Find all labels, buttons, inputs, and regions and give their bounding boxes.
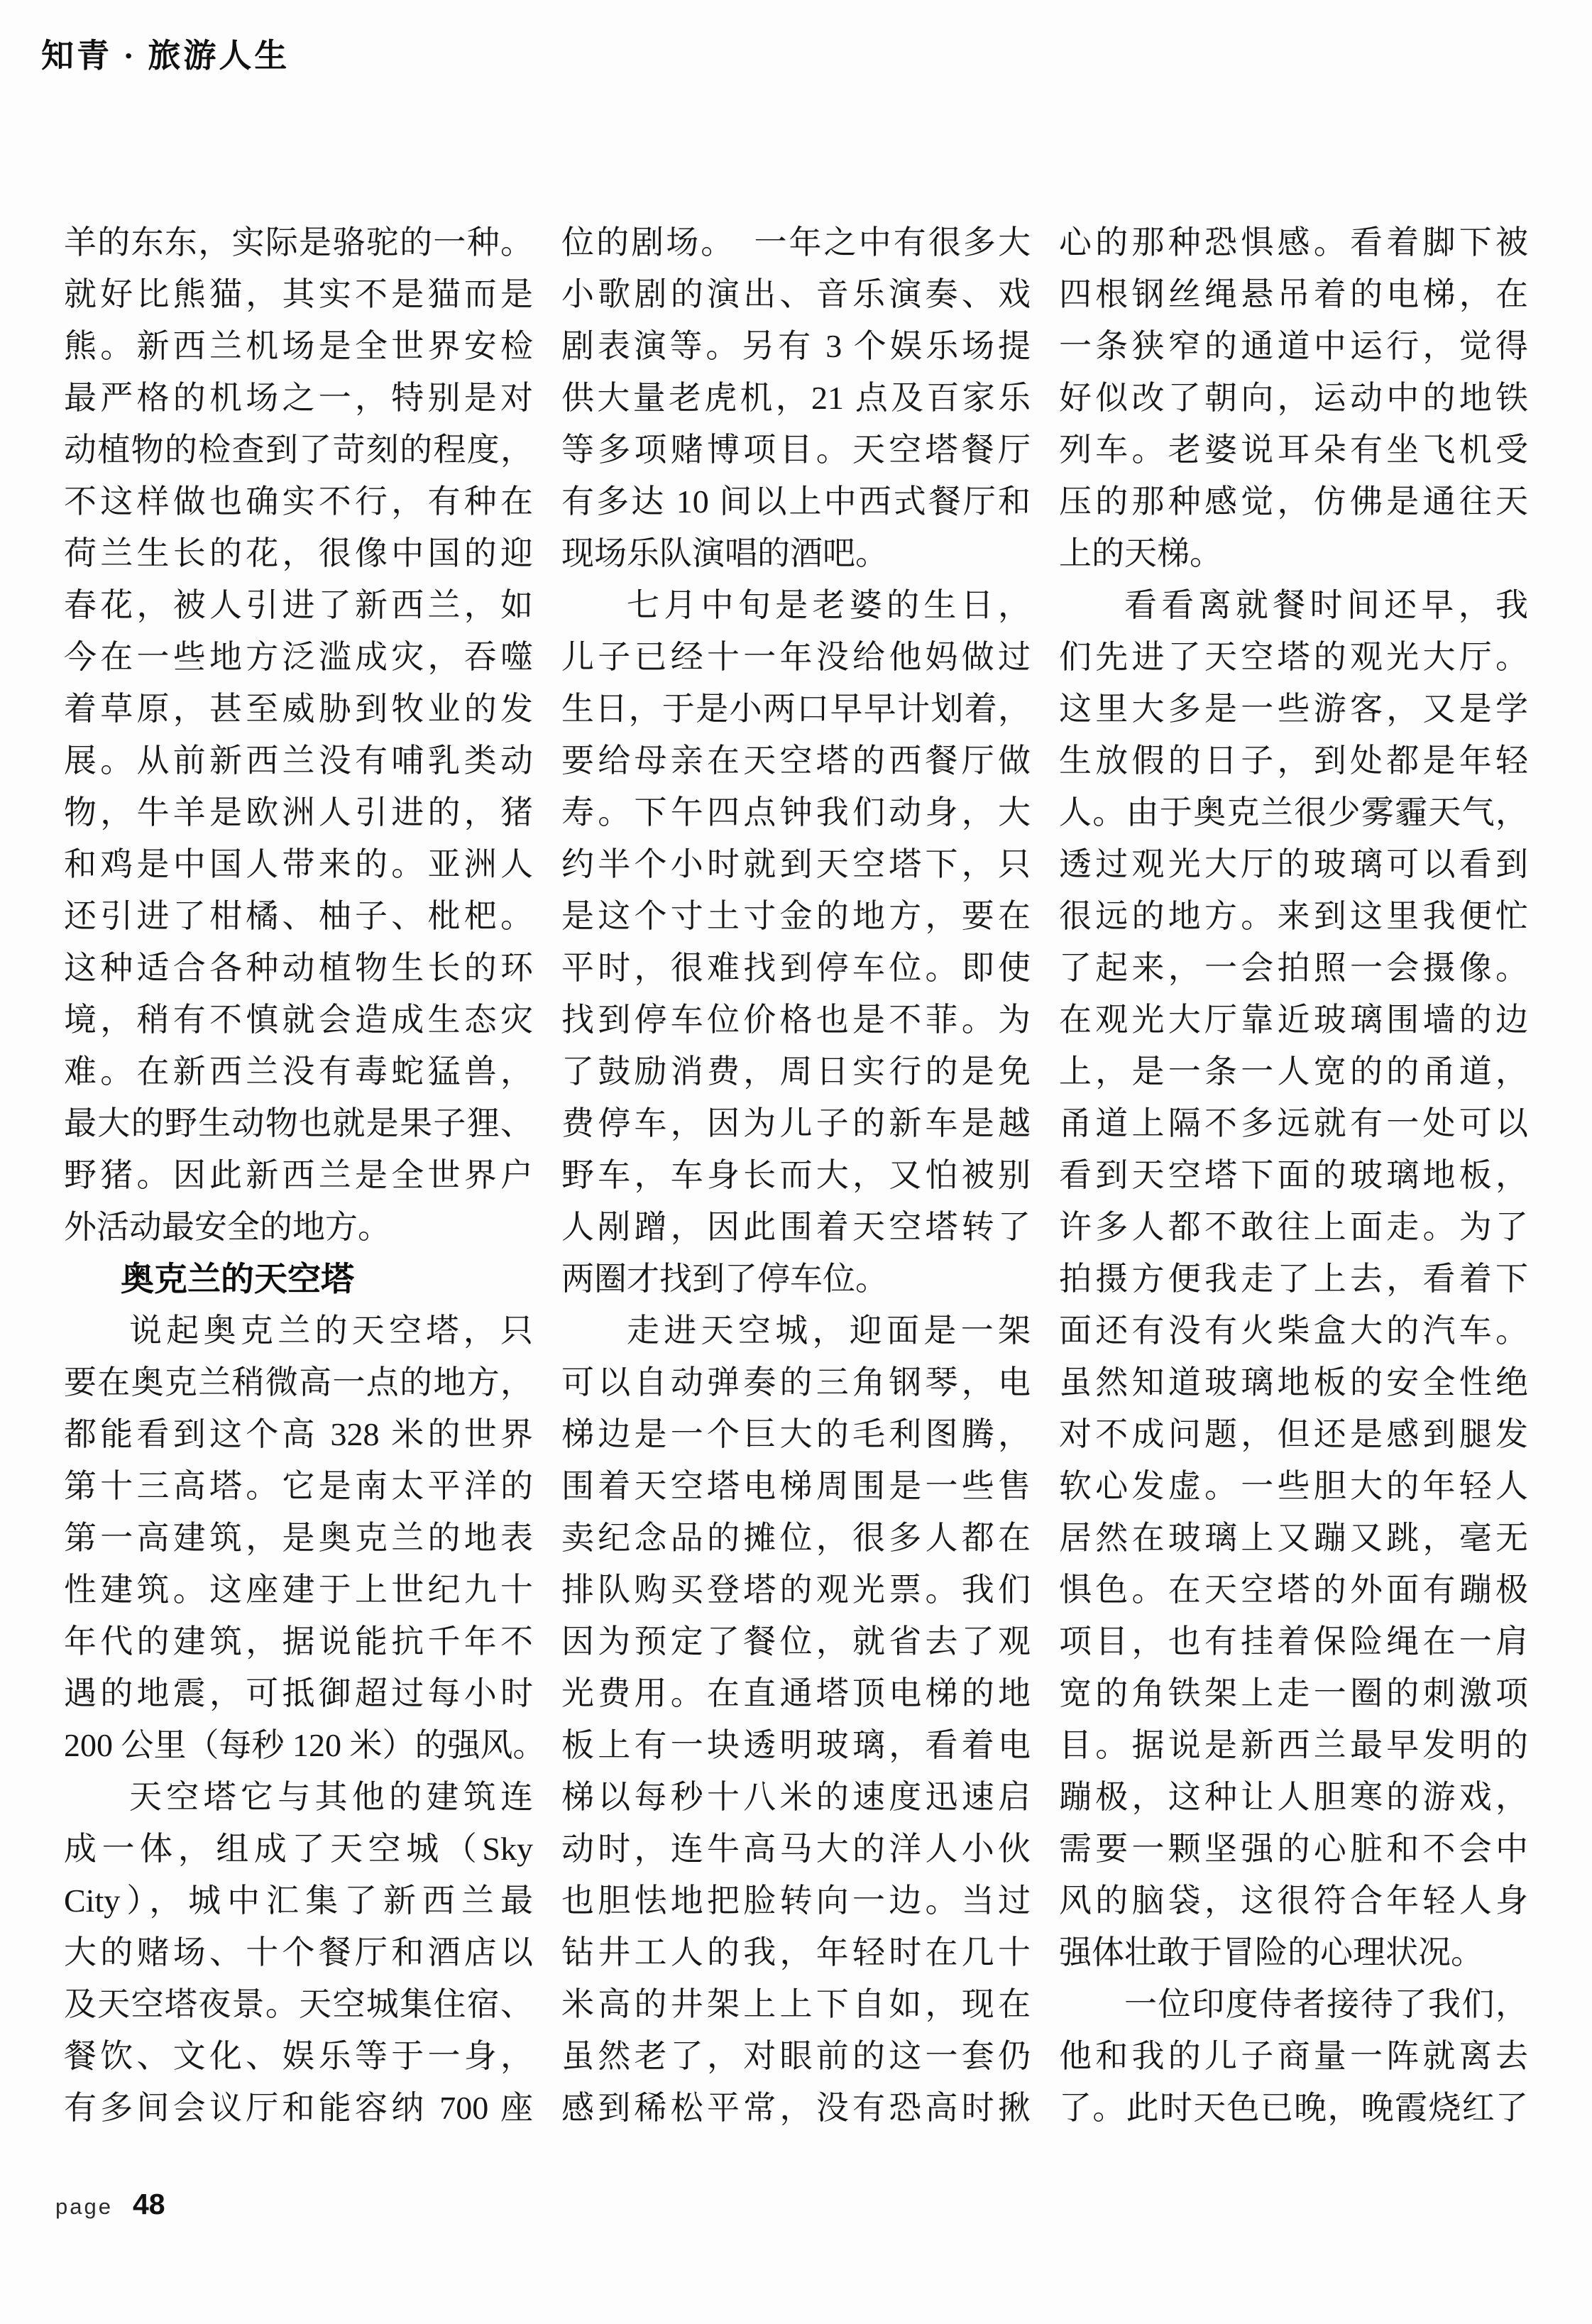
text-line: 年代的建筑，据说能抗千年不 (64, 1616, 533, 1667)
text-line: 们先进了天空塔的观光大厅。 (1059, 631, 1528, 683)
text-line: 寿。下午四点钟我们动身，大 (561, 786, 1031, 838)
text-line: 列车。老婆说耳朵有坐飞机受 (1059, 424, 1528, 476)
text-line: 可以自动弹奏的三角钢琴，电 (561, 1356, 1031, 1408)
text-line: 了。此时天色已晚，晚霞烧红了 (1059, 2082, 1528, 2134)
text-line: 这里大多是一些游客，又是学 (1059, 683, 1528, 735)
text-line: 一条狭窄的通道中运行，觉得 (1059, 320, 1528, 372)
text-line: 羊的东东，实际是骆驼的一种。 (64, 216, 533, 268)
text-line: 第十三高塔。它是南太平洋的 (64, 1460, 533, 1512)
text-line: 等多项赌博项目。天空塔餐厅 (561, 424, 1031, 476)
text-line: 卖纪念品的摊位，很多人都在 (561, 1512, 1031, 1564)
section-heading: 奥克兰的天空塔 (64, 1253, 533, 1305)
text-line: 最严格的机场之一，特别是对 (64, 372, 533, 424)
text-line: 上，是一条一人宽的的甬道， (1059, 1046, 1528, 1097)
text-line: 难。在新西兰没有毒蛇猛兽， (64, 1046, 533, 1097)
text-line: 要在奥克兰稍微高一点的地方， (64, 1356, 533, 1408)
text-line: 目。据说是新西兰最早发明的 (1059, 1719, 1528, 1771)
text-line: 野车，车身长而大，又怕被别 (561, 1149, 1031, 1201)
text-line: 第一高建筑，是奥克兰的地表 (64, 1512, 533, 1564)
text-line: 虽然知道玻璃地板的安全性绝 (1059, 1356, 1528, 1408)
text-line: 风的脑袋，这很符合年轻人身 (1059, 1875, 1528, 1926)
text-line: 最大的野生动物也就是果子狸、 (64, 1097, 533, 1149)
text-line: 感到稀松平常，没有恐高时揪 (561, 2082, 1031, 2134)
text-line: 拍摄方便我走了上去，看着下 (1059, 1253, 1528, 1305)
text-line: 面还有没有火柴盒大的汽车。 (1059, 1305, 1528, 1356)
text-line: 生放假的日子，到处都是年轻 (1059, 735, 1528, 786)
text-line: 米高的井架上上下自如，现在 (561, 1978, 1031, 2030)
text-line: 遇的地震，可抵御超过每小时 (64, 1667, 533, 1719)
text-line: 动植物的检查到了苛刻的程度， (64, 424, 533, 476)
text-line: 生日，于是小两口早早计划着， (561, 683, 1031, 735)
text-line: 及天空塔夜景。天空城集住宿、 (64, 1978, 533, 2030)
text-line: 找到停车位价格也是不菲。为 (561, 994, 1031, 1046)
text-line: 好似改了朝向，运动中的地铁 (1059, 372, 1528, 424)
text-line: 着草原，甚至威胁到牧业的发 (64, 683, 533, 735)
text-line: 是这个寸土寸金的地方，要在 (561, 890, 1031, 942)
text-line: 不这样做也确实不行，有种在 (64, 476, 533, 527)
text-line: 走进天空城，迎面是一架 (561, 1305, 1031, 1356)
text-line: 性建筑。这座建于上世纪九十 (64, 1564, 533, 1616)
text-line: 排队购买登塔的观光票。我们 (561, 1564, 1031, 1616)
text-line: 需要一颗坚强的心脏和不会中 (1059, 1823, 1528, 1875)
text-line: 板上有一块透明玻璃，看着电 (561, 1719, 1031, 1771)
text-line: 天空塔它与其他的建筑连 (64, 1771, 533, 1823)
text-line: 梯以每秒十八米的速度迅速启 (561, 1771, 1031, 1823)
text-line: 动时，连牛高马大的洋人小伙 (561, 1823, 1031, 1875)
text-line: 甬道上隔不多远就有一处可以 (1059, 1097, 1528, 1149)
text-column-3: 心的那种恐惧感。看着脚下被四根钢丝绳悬吊着的电梯，在一条狭窄的通道中运行，觉得好… (1059, 216, 1528, 2134)
text-line: 约半个小时就到天空塔下，只 (561, 838, 1031, 890)
page-footer: page 48 (55, 2188, 165, 2221)
text-line: 费停车，因为儿子的新车是越 (561, 1097, 1031, 1149)
text-line: 剧表演等。另有 3 个娱乐场提 (561, 320, 1031, 372)
text-line: 虽然老了，对眼前的这一套仍 (561, 2030, 1031, 2082)
text-line: 小歌剧的演出、音乐演奏、戏 (561, 268, 1031, 320)
text-column-2: 位的剧场。 一年之中有很多大小歌剧的演出、音乐演奏、戏剧表演等。另有 3 个娱乐… (561, 216, 1031, 2134)
text-line: 一位印度侍者接待了我们， (1059, 1978, 1528, 2030)
text-line: 人。由于奥克兰很少雾霾天气， (1059, 786, 1528, 838)
text-line: 有多达 10 间以上中西式餐厅和 (561, 476, 1031, 527)
text-line: 说起奥克兰的天空塔，只 (64, 1305, 533, 1356)
text-line: 还引进了柑橘、柚子、枇杷。 (64, 890, 533, 942)
text-line: 压的那种感觉，仿佛是通往天 (1059, 476, 1528, 527)
text-line: 今在一些地方泛滥成灾，吞噬 (64, 631, 533, 683)
text-line: 200 公里（每秒 120 米）的强风。 (64, 1719, 533, 1771)
text-line: 许多人都不敢往上面走。为了 (1059, 1201, 1528, 1253)
text-line: 看到天空塔下面的玻璃地板， (1059, 1149, 1528, 1201)
text-line: 七月中旬是老婆的生日， (561, 579, 1031, 631)
text-line: 都能看到这个高 328 米的世界 (64, 1408, 533, 1460)
text-line: 强体壮敢于冒险的心理状况。 (1059, 1926, 1528, 1978)
text-line: 供大量老虎机，21 点及百家乐 (561, 372, 1031, 424)
text-line: 了起来，一会拍照一会摄像。 (1059, 942, 1528, 994)
text-line: 因为预定了餐位，就省去了观 (561, 1616, 1031, 1667)
text-line: 四根钢丝绳悬吊着的电梯，在 (1059, 268, 1528, 320)
text-line: 外活动最安全的地方。 (64, 1201, 533, 1253)
text-line: 了鼓励消费，周日实行的是免 (561, 1046, 1031, 1097)
text-line: 透过观光大厅的玻璃可以看到 (1059, 838, 1528, 890)
text-line: 也胆怯地把脸转向一边。当过 (561, 1875, 1031, 1926)
text-line: 展。从前新西兰没有哺乳类动 (64, 735, 533, 786)
section-title: 知青 · 旅游人生 (41, 30, 290, 77)
text-line: 宽的角铁架上走一圈的刺激项 (1059, 1667, 1528, 1719)
text-line: 平时，很难找到停车位。即使 (561, 942, 1031, 994)
text-line: 儿子已经十一年没给他妈做过 (561, 631, 1031, 683)
text-line: 他和我的儿子商量一阵就离去 (1059, 2030, 1528, 2082)
text-line: 熊。新西兰机场是全世界安检 (64, 320, 533, 372)
text-line: 现场乐队演唱的酒吧。 (561, 527, 1031, 579)
article-body: 羊的东东，实际是骆驼的一种。就好比熊猫，其实不是猫而是熊。新西兰机场是全世界安检… (64, 216, 1528, 2134)
page-label: page (55, 2194, 113, 2220)
text-line: 在观光大厅靠近玻璃围墙的边 (1059, 994, 1528, 1046)
text-line: 钻井工人的我，年轻时在几十 (561, 1926, 1031, 1978)
text-line: 境，稍有不慎就会造成生态灾 (64, 994, 533, 1046)
text-line: 心的那种恐惧感。看着脚下被 (1059, 216, 1528, 268)
magazine-page: 知青 · 旅游人生 羊的东东，实际是骆驼的一种。就好比熊猫，其实不是猫而是熊。新… (0, 0, 1592, 2324)
text-line: 餐饮、文化、娱乐等于一身， (64, 2030, 533, 2082)
text-line: 这种适合各种动植物生长的环 (64, 942, 533, 994)
text-line: 上的天梯。 (1059, 527, 1528, 579)
text-line: 梯边是一个巨大的毛利图腾， (561, 1408, 1031, 1460)
text-line: 就好比熊猫，其实不是猫而是 (64, 268, 533, 320)
text-line: 惧色。在天空塔的外面有蹦极 (1059, 1564, 1528, 1616)
text-line: 物，牛羊是欧洲人引进的，猪 (64, 786, 533, 838)
text-line: 很远的地方。来到这里我便忙 (1059, 890, 1528, 942)
text-line: 要给母亲在天空塔的西餐厅做 (561, 735, 1031, 786)
text-line: 对不成问题，但还是感到腿发 (1059, 1408, 1528, 1460)
text-line: 春花，被人引进了新西兰，如 (64, 579, 533, 631)
text-line: 野猪。因此新西兰是全世界户 (64, 1149, 533, 1201)
text-line: 人剐蹭，因此围着天空塔转了 (561, 1201, 1031, 1253)
text-line: 软心发虚。一些胆大的年轻人 (1059, 1460, 1528, 1512)
text-line: 大的赌场、十个餐厅和酒店以 (64, 1926, 533, 1978)
text-line: 光费用。在直通塔顶电梯的地 (561, 1667, 1031, 1719)
text-line: 围着天空塔电梯周围是一些售 (561, 1460, 1031, 1512)
text-line: 项目，也有挂着保险绳在一肩 (1059, 1616, 1528, 1667)
text-line: 看看离就餐时间还早，我 (1059, 579, 1528, 631)
text-line: City），城中汇集了新西兰最 (64, 1875, 533, 1926)
text-line: 和鸡是中国人带来的。亚洲人 (64, 838, 533, 890)
text-column-1: 羊的东东，实际是骆驼的一种。就好比熊猫，其实不是猫而是熊。新西兰机场是全世界安检… (64, 216, 533, 2134)
text-line: 荷兰生长的花，很像中国的迎 (64, 527, 533, 579)
text-line: 成一体，组成了天空城（Sky (64, 1823, 533, 1875)
text-line: 有多间会议厅和能容纳 700 座 (64, 2082, 533, 2134)
text-line: 居然在玻璃上又蹦又跳，毫无 (1059, 1512, 1528, 1564)
page-number: 48 (133, 2188, 165, 2221)
text-line: 两圈才找到了停车位。 (561, 1253, 1031, 1305)
text-line: 位的剧场。 一年之中有很多大 (561, 216, 1031, 268)
text-line: 蹦极，这种让人胆寒的游戏， (1059, 1771, 1528, 1823)
